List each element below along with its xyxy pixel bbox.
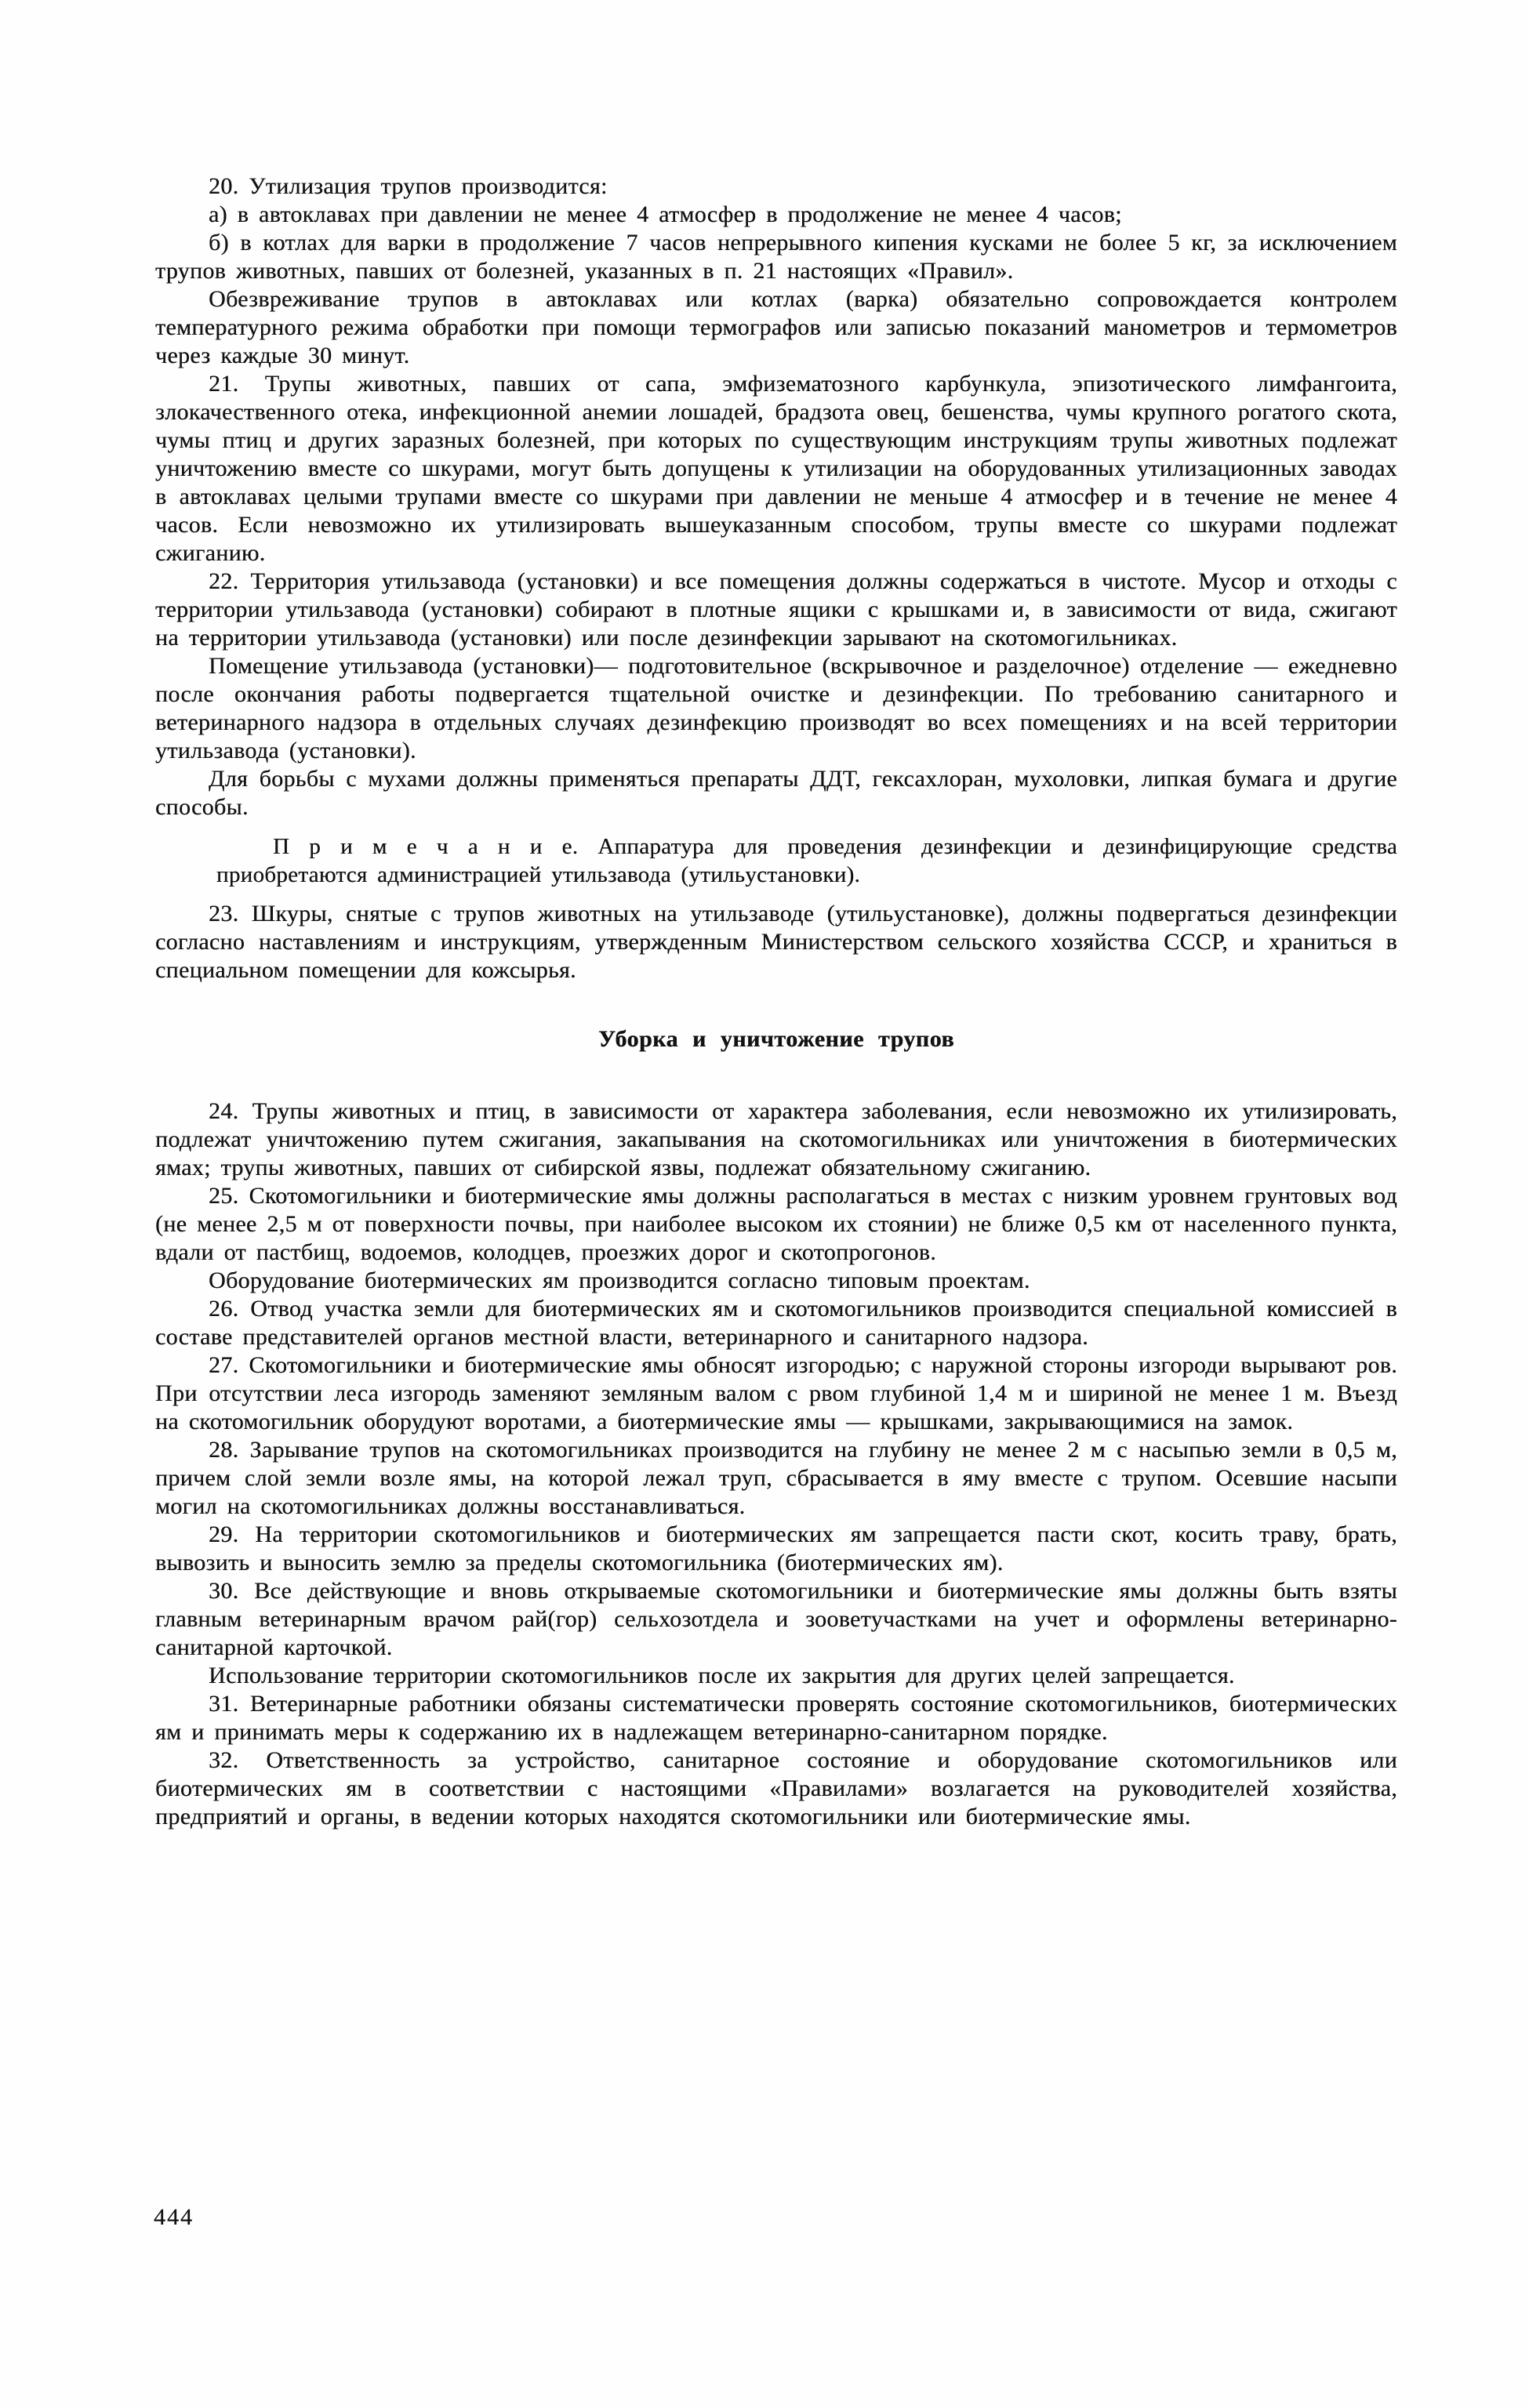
paragraph-29: 29. На территории скотомогильников и био… xyxy=(155,1521,1397,1577)
paragraph-25-continuation: Оборудование биотермических ям производи… xyxy=(155,1267,1397,1295)
paragraph-28: 28. Зарывание трупов на скотомогильниках… xyxy=(155,1436,1397,1521)
paragraph-27: 27. Скотомогильники и биотермические ямы… xyxy=(155,1351,1397,1436)
paragraph-21: 21. Трупы животных, павших от сапа, эмфи… xyxy=(155,370,1397,568)
paragraph-25: 25. Скотомогильники и биотермические ямы… xyxy=(155,1182,1397,1267)
paragraph-20: 20. Утилизация трупов производится: xyxy=(155,172,1397,201)
paragraph-30-continuation: Использование территории скотомогильнико… xyxy=(155,1662,1397,1690)
paragraph-22: 22. Территория утильзавода (установки) и… xyxy=(155,568,1397,652)
page-number: 444 xyxy=(154,2204,194,2231)
note-block: П р и м е ч а н и е. Аппаратура для пров… xyxy=(216,832,1397,889)
paragraph-32: 32. Ответственность за устройство, санит… xyxy=(155,1746,1397,1831)
paragraph-31: 31. Ветеринарные работники обязаны систе… xyxy=(155,1690,1397,1746)
paragraph-20-subitem-a: а) в автоклавах при давлении не менее 4 … xyxy=(155,201,1397,229)
paragraph-20-continuation: Обезвреживание трупов в автоклавах или к… xyxy=(155,285,1397,370)
paragraph-20-subitem-b: б) в котлах для варки в продолжение 7 ча… xyxy=(155,229,1397,285)
paragraph-22-flies: Для борьбы с мухами должны применяться п… xyxy=(155,765,1397,821)
paragraph-22-continuation: Помещение утильзавода (установки)— подго… xyxy=(155,652,1397,765)
paragraph-24: 24. Трупы животных и птиц, в зависимости… xyxy=(155,1097,1397,1182)
document-page: 20. Утилизация трупов производится: а) в… xyxy=(0,0,1529,2408)
section-heading: Уборка и уничтожение трупов xyxy=(155,1025,1397,1053)
paragraph-23: 23. Шкуры, снятые с трупов животных на у… xyxy=(155,900,1397,985)
document-text-block: 20. Утилизация трупов производится: а) в… xyxy=(155,172,1397,1831)
paragraph-26: 26. Отвод участка земли для биотермическ… xyxy=(155,1295,1397,1351)
paragraph-30: 30. Все действующие и вновь открываемые … xyxy=(155,1577,1397,1662)
